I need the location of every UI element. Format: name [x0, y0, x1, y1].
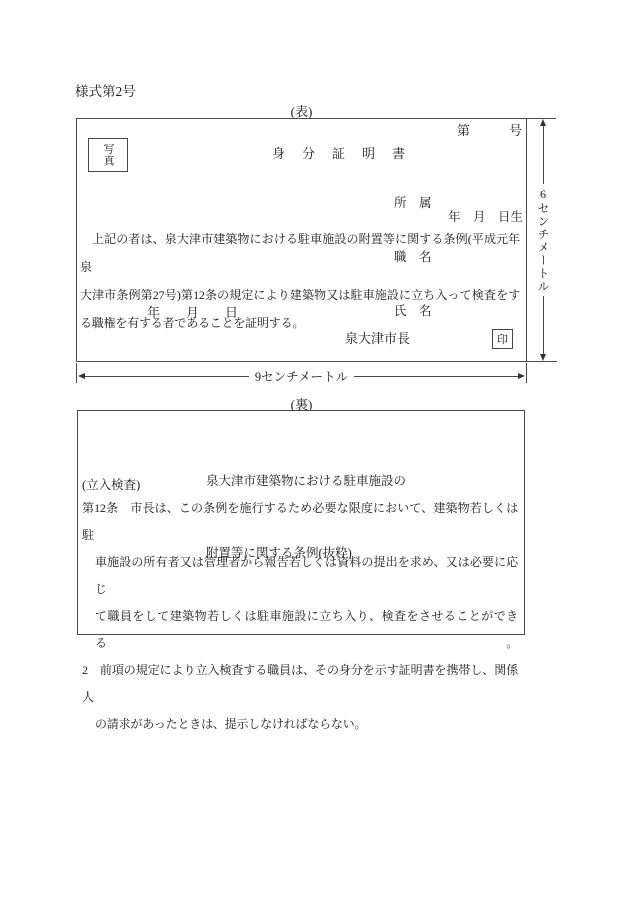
certification-line: 大津市条例第27号)第12条の規定により建築物又は駐車施設に立ち入って検査をす [80, 281, 520, 309]
id-card-back: 泉大津市建築物における駐車施設の 附置等に関する条例(抜粋) (立入検査) 第1… [77, 410, 525, 635]
ordinance-title-line: 泉大津市建築物における駐車施設の [206, 469, 406, 493]
height-unit: センチメートル [536, 202, 550, 293]
height-dimension-arrow: 6センチメートル [536, 119, 550, 361]
serial-number-field: 第 号 [457, 123, 522, 139]
dimension-line [354, 376, 518, 377]
width-dimension-label: 9センチメートル [249, 367, 354, 385]
dimension-extension-tick-right [526, 363, 527, 383]
arrowhead-down-icon [540, 354, 546, 361]
arrowhead-right-icon [518, 373, 525, 379]
photo-placeholder: 写真 [88, 138, 128, 172]
issue-date-field: 年 月 日 [147, 305, 238, 321]
height-dimension-label: 6センチメートル [536, 184, 550, 296]
form-number-label: 様式第2号 [75, 84, 136, 100]
dimension-line [85, 376, 249, 377]
arrowhead-up-icon [540, 119, 546, 126]
id-card-front: 第 号 写真 身分証明書 所 属 職 名 氏 名 年 月 日生 上記の者は、泉大… [76, 118, 527, 362]
arrowhead-left-icon [78, 373, 85, 379]
ordinance-line: の請求があったときは、提示しなければならない。 [82, 711, 518, 738]
dimension-line [543, 126, 544, 184]
birthdate-field: 年 月 日生 [448, 207, 523, 225]
height-value: 6 [536, 187, 550, 202]
certification-line: る職権を有する者であることを証明する。 [80, 309, 520, 337]
ordinance-line: 2 前項の規定により立入検査する職員は、その身分を示す証明書を携帯し、関係人 [82, 657, 518, 711]
section-heading: (立入検査) [82, 475, 140, 493]
dimension-line [543, 296, 544, 354]
dimension-extension-tick-left [76, 363, 77, 383]
issuer-name: 泉大津市長 [345, 331, 410, 347]
width-dimension-arrow: 9センチメートル [78, 369, 525, 383]
ordinance-line: 第12条 市長は、この条例を施行するため必要な限度において、建築物若しくは駐 [82, 495, 518, 549]
certification-text: 上記の者は、泉大津市建築物における駐車施設の附置等に関する条例(平成元年泉 大津… [80, 225, 520, 337]
ordinance-line: て職員をして建築物若しくは駐車施設に立ち入り、検査をさせることができる。 [82, 603, 518, 657]
ordinance-line: 車施設の所有者又は管理者から報告若しくは資料の提出を求め、又は必要に応じ [82, 549, 518, 603]
seal-mark: 印 [492, 329, 513, 349]
ordinance-text: 第12条 市長は、この条例を施行するため必要な限度において、建築物若しくは駐 車… [82, 495, 518, 738]
field-affiliation: 所 属 [394, 194, 432, 212]
dimension-extension-line-bottom [527, 361, 557, 362]
certification-line: 上記の者は、泉大津市建築物における駐車施設の附置等に関する条例(平成元年泉 [80, 225, 520, 281]
